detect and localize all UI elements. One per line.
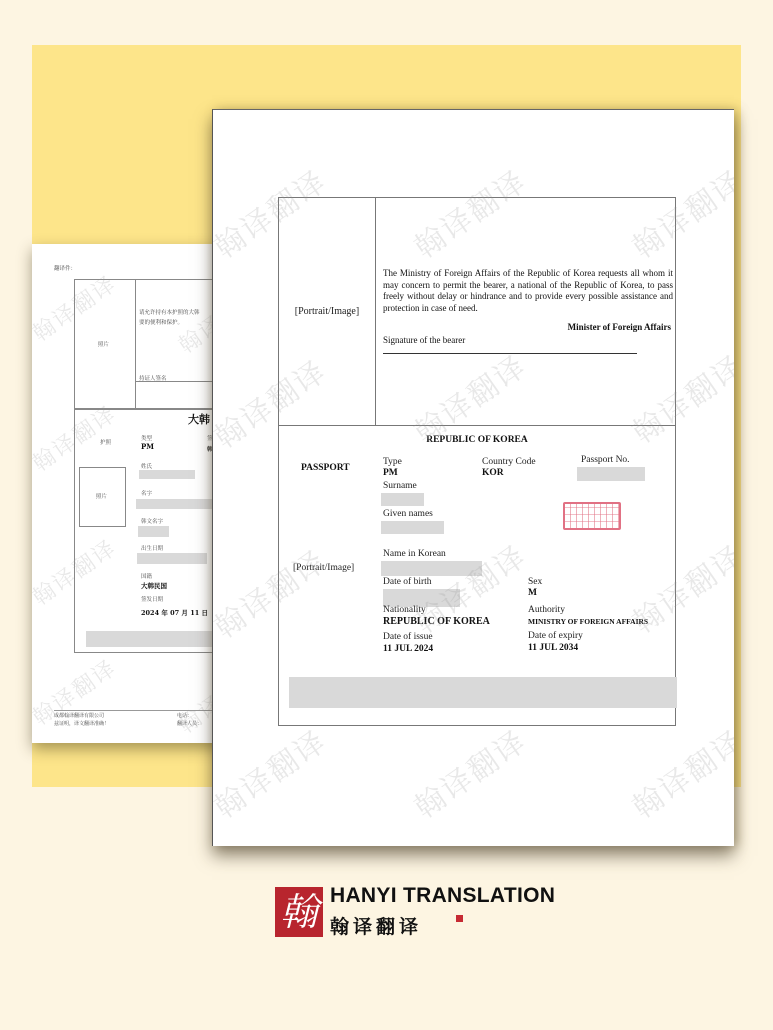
- redacted-passport-no: [577, 467, 645, 481]
- nationality-value: REPUBLIC OF KOREA: [383, 616, 490, 627]
- portrait-cell-top: [Portrait/Image]: [279, 198, 376, 425]
- redacted-korean-name: [381, 561, 482, 576]
- issue-date-value: 11 JUL 2024: [383, 644, 433, 654]
- back-dob-label: 出生日期: [141, 544, 163, 552]
- back-footer-translator-label: 翻译人员：: [177, 720, 202, 727]
- expiry-date-value: 11 JUL 2034: [528, 643, 578, 653]
- back-footer-certification: 兹证明，译文翻译准确！: [54, 720, 109, 727]
- portrait-placeholder-top: [Portrait/Image]: [279, 306, 375, 317]
- redacted-given-names: [381, 521, 444, 534]
- issue-date-label: Date of issue: [383, 632, 433, 642]
- redacted-surname: [381, 493, 424, 506]
- back-header-label: 翻译件：: [54, 264, 76, 272]
- back-statement-line1: 请允许持有本护照的大韩: [139, 308, 200, 316]
- authority-value: MINISTRY OF FOREIGN AFFAIRS: [528, 617, 648, 626]
- brand-dot: [456, 915, 463, 922]
- back-statement-line2: 要的便利和保护。: [139, 318, 183, 326]
- type-label: Type: [383, 457, 402, 467]
- surname-label: Surname: [383, 481, 417, 491]
- back-portrait-label: 照片: [98, 340, 109, 348]
- back-korean-name-label: 韩文名字: [141, 517, 163, 525]
- back-footer-phone-label: 电话：: [177, 712, 192, 719]
- minister-label: Minister of Foreign Affairs: [568, 322, 671, 332]
- country-title: REPUBLIC OF KOREA: [279, 435, 675, 445]
- back-footer-company: 成都翰译翻译有限公司: [54, 712, 104, 719]
- redacted-mrz: [289, 677, 677, 708]
- brand-name-cn: 翰译翻译: [330, 912, 422, 939]
- passport-info-page: [Portrait/Image] The Ministry of Foreign…: [279, 198, 675, 426]
- back-given-name-label: 名字: [141, 489, 152, 497]
- redacted-surname: [139, 470, 195, 479]
- back-nationality-value: 大韩民国: [141, 581, 167, 590]
- watermark: 翰译翻译: [622, 717, 734, 826]
- sex-label: Sex: [528, 577, 542, 587]
- passport-no-label: Passport No.: [581, 455, 630, 465]
- korean-name-label: Name in Korean: [383, 549, 446, 559]
- back-issue-date-value: 2024 年 07 月 11 日: [141, 608, 208, 617]
- back-nationality-label: 国籍: [141, 572, 152, 580]
- english-translation-page: [Portrait/Image] The Ministry of Foreign…: [212, 109, 734, 846]
- signature-line: [383, 353, 637, 354]
- country-code-value: KOR: [482, 468, 504, 478]
- watermark: 翰译翻译: [212, 717, 334, 826]
- signature-label: Signature of the bearer: [383, 335, 465, 345]
- back-type-value: PM: [141, 442, 154, 451]
- back-photo-label: 照片: [96, 492, 107, 500]
- redacted-dob: [137, 553, 207, 564]
- watermark: 翰译翻译: [404, 717, 534, 826]
- back-type-label: 类型: [141, 434, 152, 442]
- back-surname-label: 姓氏: [141, 462, 152, 470]
- ministry-statement: The Ministry of Foreign Affairs of the R…: [383, 268, 673, 314]
- hanyi-translation-logo: 翰 HANYI TRANSLATION 翰译翻译: [275, 884, 575, 940]
- brand-name-en: HANYI TRANSLATION: [330, 884, 555, 908]
- expiry-date-label: Date of expiry: [528, 631, 583, 641]
- given-names-label: Given names: [383, 509, 433, 519]
- portrait-placeholder-bottom: [Portrait/Image]: [293, 563, 354, 573]
- passport-label: PASSPORT: [301, 463, 350, 473]
- sex-value: M: [528, 588, 537, 598]
- redacted-korean-name: [138, 526, 169, 537]
- official-seal-stamp: [563, 502, 621, 530]
- back-holder-signature-label: 持证人签名: [139, 374, 167, 382]
- passport-table: [Portrait/Image] The Ministry of Foreign…: [278, 197, 676, 726]
- type-value: PM: [383, 468, 398, 478]
- back-passport-label: 护照: [100, 438, 111, 446]
- country-code-label: Country Code: [482, 457, 536, 467]
- brand-mark-icon: 翰: [275, 887, 323, 937]
- back-issue-date-label: 签发日期: [141, 595, 163, 603]
- nationality-label: Nationality: [383, 605, 426, 615]
- dob-label: Date of birth: [383, 577, 432, 587]
- back-divider: [135, 279, 136, 409]
- chinese-translation-page: 翻译件： 照片 请允许持有本护照的大韩 要的便利和保护。 持证人签名 大韩 护照…: [32, 244, 232, 743]
- authority-label: Authority: [528, 605, 565, 615]
